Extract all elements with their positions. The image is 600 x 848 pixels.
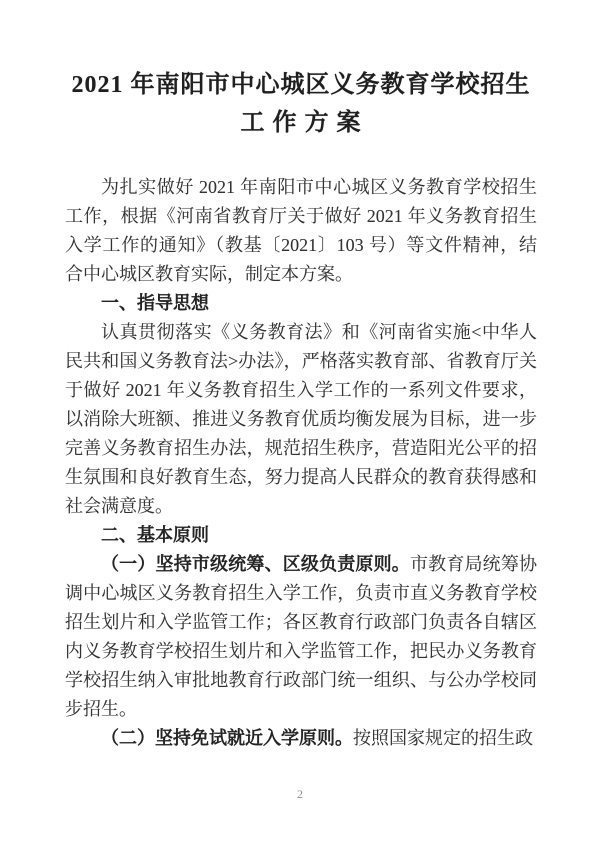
page-number: 2 <box>0 787 600 802</box>
heading-guiding-ideology: 一、指导思想 <box>65 289 537 318</box>
document-body: 为扎实做好 2021 年南阳市中心城区义务教育学校招生工作，根据《河南省教育厅关… <box>65 173 537 753</box>
paragraph-guiding-ideology: 认真贯彻落实《义务教育法》和《河南省实施<中华人民共和国义务教育法>办法》，严格… <box>65 318 537 521</box>
paragraph-principle-1: （一）坚持市级统筹、区级负责原则。市教育局统筹协调中心城区义务教育招生入学工作，… <box>65 550 537 724</box>
document-content: 2021 年南阳市中心城区义务教育学校招生 工 作 方 案 为扎实做好 2021… <box>0 0 600 753</box>
principle-2-rest: 按照国家规定的招生政 <box>353 728 533 748</box>
title-line-2: 工 作 方 案 <box>65 104 537 142</box>
document-title: 2021 年南阳市中心城区义务教育学校招生 工 作 方 案 <box>65 66 537 142</box>
principle-2-lead: （二）坚持免试就近入学原则。 <box>101 728 353 748</box>
heading-basic-principles: 二、基本原则 <box>65 521 537 550</box>
title-line-1: 2021 年南阳市中心城区义务教育学校招生 <box>65 66 537 104</box>
paragraph-principle-2: （二）坚持免试就近入学原则。按照国家规定的招生政 <box>65 724 537 753</box>
principle-1-lead: （一）坚持市级统筹、区级负责原则。 <box>101 554 410 574</box>
paragraph-intro: 为扎实做好 2021 年南阳市中心城区义务教育学校招生工作，根据《河南省教育厅关… <box>65 173 537 289</box>
document-page: 2021 年南阳市中心城区义务教育学校招生 工 作 方 案 为扎实做好 2021… <box>0 0 600 848</box>
principle-1-rest: 市教育局统筹协调中心城区义务教育招生入学工作，负责市直义务教育学校招生划片和入学… <box>65 554 537 719</box>
